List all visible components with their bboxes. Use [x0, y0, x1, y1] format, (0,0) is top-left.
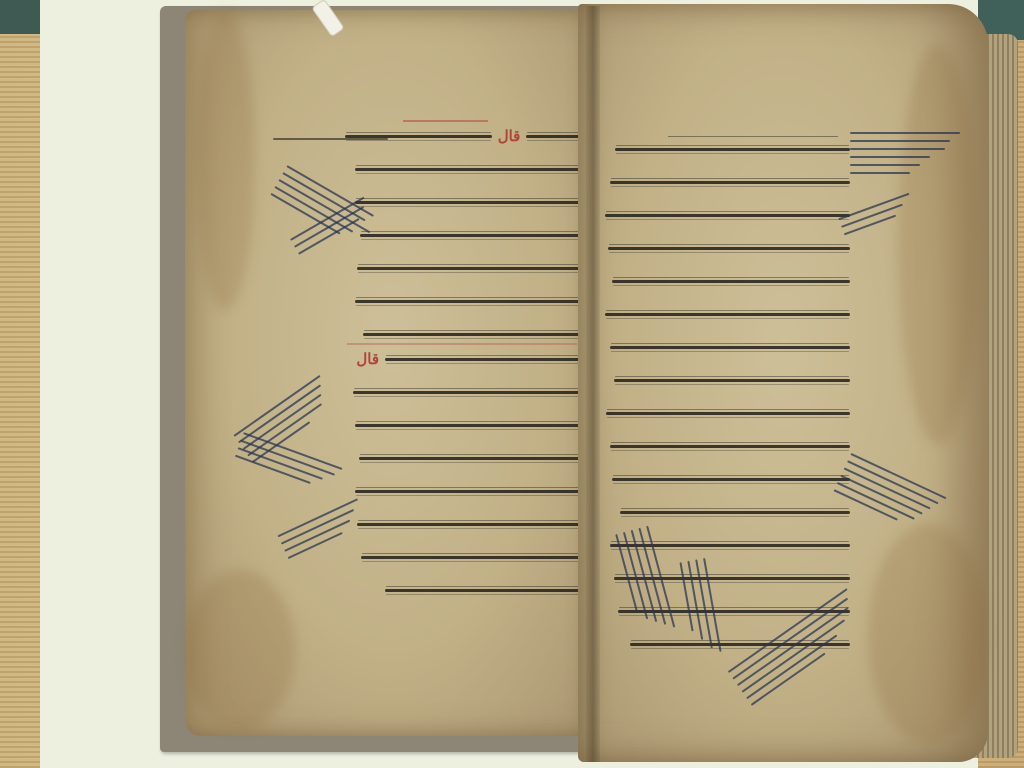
- ink-stroke: [385, 358, 585, 361]
- text-line: [600, 272, 850, 290]
- ink-stroke: [355, 490, 585, 493]
- background-corner-left: [0, 0, 40, 34]
- text-line: [600, 305, 850, 323]
- main-text-lower: قال: [345, 350, 585, 614]
- text-line: [345, 482, 585, 500]
- ink-stroke: [355, 201, 585, 204]
- text-line: [600, 371, 850, 389]
- ink-stroke: [614, 379, 850, 382]
- text-line: [345, 548, 585, 566]
- text-line: [345, 226, 585, 244]
- photo-scene: قال قال: [0, 0, 1024, 768]
- text-line: [345, 325, 585, 343]
- text-line: [345, 383, 585, 401]
- text-line: [345, 581, 585, 599]
- ink-stroke: [610, 445, 850, 448]
- text-line: [600, 404, 850, 422]
- ink-stroke: [355, 168, 585, 171]
- ink-stroke: [361, 556, 585, 559]
- text-line: [600, 338, 850, 356]
- ink-stroke: [385, 589, 585, 592]
- text-line: [600, 140, 850, 158]
- ink-stroke: [359, 457, 585, 460]
- text-line: قال: [345, 350, 585, 368]
- marginal-gloss: [850, 132, 965, 180]
- left-page: قال قال: [185, 10, 595, 736]
- ink-stroke: [610, 181, 850, 184]
- ink-stroke: [526, 135, 585, 138]
- top-gloss-line: [268, 130, 388, 163]
- text-line: [345, 259, 585, 277]
- text-line: [345, 416, 585, 434]
- ink-stroke: [353, 391, 585, 394]
- ink-stroke: [355, 300, 585, 303]
- edge-stain: [195, 10, 255, 310]
- section-rule: [347, 343, 577, 345]
- text-line: [345, 449, 585, 467]
- text-line: [268, 130, 388, 148]
- text-line: [600, 173, 850, 191]
- ink-stroke: [612, 280, 850, 283]
- ink-stroke: [363, 333, 585, 336]
- ink-stroke: [620, 511, 850, 514]
- ink-stroke: [605, 313, 850, 316]
- water-stain: [185, 570, 295, 730]
- text-line: [600, 470, 850, 488]
- text-line: [345, 292, 585, 310]
- edge-stain: [898, 44, 978, 444]
- rubric-overline: [403, 120, 488, 122]
- rubric-word: قال: [498, 127, 521, 145]
- text-line: [345, 193, 585, 211]
- ink-stroke: [360, 234, 585, 237]
- ink-stroke: [357, 267, 585, 270]
- ink-stroke: [355, 424, 585, 427]
- ink-stroke: [605, 214, 850, 217]
- ink-stroke: [615, 148, 850, 151]
- text-line: [600, 503, 850, 521]
- ink-stroke: [606, 412, 850, 415]
- ink-stroke: [608, 247, 850, 250]
- text-line: [345, 515, 585, 533]
- overline: [668, 136, 838, 137]
- ink-stroke: [357, 523, 585, 526]
- text-line: [600, 437, 850, 455]
- ink-stroke: [612, 478, 850, 481]
- book-gutter: [586, 6, 600, 762]
- text-line: [600, 239, 850, 257]
- ink-stroke: [273, 138, 388, 140]
- right-page: [578, 4, 988, 762]
- ink-stroke: [610, 346, 850, 349]
- rubric-word: قال: [356, 350, 379, 368]
- water-stain: [868, 524, 988, 744]
- text-line: [600, 206, 850, 224]
